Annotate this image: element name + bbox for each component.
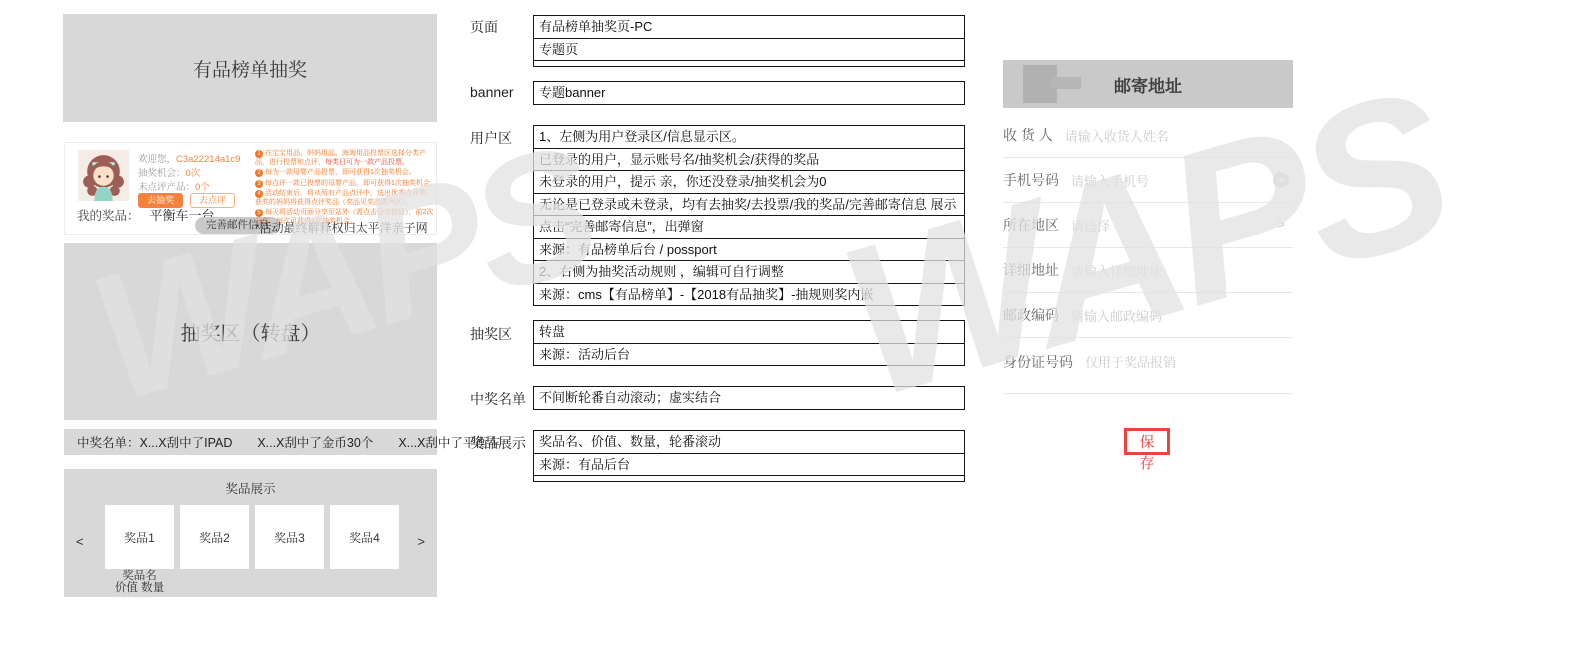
rule-text: 活动结束后，将从所有产品点评中，选出优秀点评奖，获奖的妈妈将获得点评奖品（奖品见…: [255, 190, 433, 206]
prize-card: 奖品2: [180, 505, 249, 569]
annotation-row: 未登录的用户，提示 亲，你还没登录/抽奖机会为0: [534, 171, 964, 194]
wireframe-title-banner: 有品榜单抽奖: [63, 14, 437, 122]
chevron-right-icon[interactable]: >: [1277, 216, 1285, 232]
unreviewed-value: 0个: [195, 182, 210, 193]
prize-showcase: 奖品展示 < > 奖品1 奖品2 奖品3 奖品4 奖品名 价值 数量: [64, 469, 437, 597]
annotation-row: 来源：有品榜单后台 / possport: [534, 239, 964, 262]
annotation-row: 2、右侧为抽奖活动规则 ，编辑可自行调整: [534, 261, 964, 284]
field-placeholder: 请输入收货人姓名: [1065, 126, 1169, 145]
disclaimer: *活动最终解释权归太平洋亲子网: [255, 219, 428, 236]
user-id: C3a22214a1c9: [176, 154, 240, 165]
annotation-row: 来源：有品后台: [534, 454, 964, 477]
field-label: 收 货 人: [1003, 125, 1053, 145]
field-label: 详细地址: [1003, 260, 1059, 280]
clear-icon[interactable]: ×: [1273, 172, 1289, 188]
rule-number-badge: 3: [255, 180, 263, 188]
my-prize-line: 我的奖品：平衡车一台: [77, 205, 215, 224]
annotation-row: 转盘: [534, 321, 964, 344]
annotation-row: 不间断轮番自动滚动；虚实结合: [534, 387, 964, 409]
activity-rule: 4活动结束后，将从所有产品点评中，选出优秀点评奖，获奖的妈妈将获得点评奖品（奖品…: [255, 189, 437, 207]
annotation-row-empty: [534, 476, 964, 481]
draw-chances-label: 抽奖机会：: [138, 168, 186, 179]
field-placeholder: 仅用于奖品报销: [1085, 352, 1176, 371]
field-detail-address[interactable]: 详细地址 请输入详细地址: [1003, 248, 1293, 293]
field-id-number[interactable]: 身份证号码 仅用于奖品报销: [1003, 338, 1293, 394]
annotation-box-page: 有品榜单抽奖页-PC 专题页: [533, 15, 965, 67]
field-postcode[interactable]: 邮政编码 请输入邮政编码: [1003, 293, 1293, 338]
field-label: 身份证号码: [1003, 352, 1073, 372]
avatar: [78, 150, 129, 201]
field-label: 所在地区: [1003, 215, 1059, 235]
prize-showcase-title: 奖品展示: [64, 479, 437, 497]
activity-rules: 1在宝宝用品、妈妈用品、海淘用品投票区选择分类产品，进行投票和点评，每类日可为一…: [255, 149, 437, 228]
field-placeholder: 请输入邮政编码: [1071, 306, 1162, 325]
mail-address-title: 邮寄地址: [1114, 72, 1182, 97]
rule-number-badge: 4: [255, 190, 263, 198]
annotation-box-winner-list: 不间断轮番自动滚动；虚实结合: [533, 386, 965, 410]
rule-number-badge: 1: [255, 150, 263, 158]
prize-card: 奖品4: [330, 505, 399, 569]
my-prize-label: 我的奖品：: [77, 209, 140, 223]
annotation-label-prize-showcase: 奖品展示: [470, 433, 526, 453]
rule-number-badge: 5: [255, 209, 263, 217]
field-placeholder: 请输入详细地址: [1071, 261, 1162, 280]
field-phone[interactable]: 手机号码 请输入手机号 ×: [1003, 158, 1293, 203]
mail-address-header: 邮寄地址: [1003, 60, 1293, 108]
annotation-row: 奖品名、价值、数量，轮番滚动: [534, 431, 964, 454]
welcome-line: 欢迎您，C3a22214a1c9: [138, 151, 240, 165]
annotation-label-user-area: 用户区: [470, 128, 512, 148]
annotation-box-prize-showcase: 奖品名、价值、数量，轮番滚动 来源：有品后台: [533, 430, 965, 482]
activity-rule: 1在宝宝用品、妈妈用品、海淘用品投票区选择分类产品，进行投票和点评，每类日可为一…: [255, 149, 437, 167]
save-button[interactable]: 保存: [1124, 428, 1170, 455]
annotation-box-user-area: 1、左侧为用户登录区/信息显示区。 已登录的用户，显示账号名/抽奖机会/获得的奖…: [533, 125, 965, 306]
field-placeholder: 请输入手机号: [1071, 171, 1149, 190]
rule-text: 每为一款母婴产品投票，即可获得1次抽奖机会。: [265, 169, 416, 176]
annotation-row: 点击“完善邮寄信息”，出弹窗: [534, 216, 964, 239]
annotation-row-empty: [534, 61, 964, 66]
annotation-label-lottery: 抽奖区: [470, 324, 512, 344]
annotation-row: 来源：活动后台: [534, 344, 964, 366]
rule-highlight: 每类日可为一款产品投票。: [325, 159, 409, 166]
draw-chances-value: 0次: [186, 168, 201, 179]
prize-name-caption: 奖品名: [105, 570, 174, 582]
prize-card-caption: 奖品名 价值 数量: [105, 570, 174, 594]
user-login-area: 欢迎您，C3a22214a1c9 抽奖机会：0次 未点评产品：0个 去抽奖 去点…: [64, 142, 437, 235]
prize-card: 奖品1: [105, 505, 174, 569]
annotation-label-winner-list: 中奖名单: [470, 389, 526, 409]
welcome-label: 欢迎您，: [138, 154, 176, 165]
annotation-row: 专题页: [534, 39, 964, 62]
draw-chances-line: 抽奖机会：0次: [138, 165, 200, 179]
unreviewed-line: 未点评产品：0个: [138, 179, 210, 193]
rule-number-badge: 2: [255, 169, 263, 177]
prize-cards: 奖品1 奖品2 奖品3 奖品4: [105, 505, 399, 569]
annotation-row: 1、左侧为用户登录区/信息显示区。: [534, 126, 964, 149]
prize-card: 奖品3: [255, 505, 324, 569]
unreviewed-label: 未点评产品：: [138, 182, 195, 193]
annotation-box-lottery: 转盘 来源：活动后台: [533, 320, 965, 366]
winner-list-strip: 中奖名单：X...X刮中了IPAD X...X刮中了金币30个 X...X刮中了…: [64, 429, 437, 455]
prize-value-qty-caption: 价值 数量: [105, 582, 174, 594]
annotation-row: 无论是已登录或未登录，均有去抽奖/去投票/我的奖品/完善邮寄信息 展示: [534, 194, 964, 217]
field-label: 手机号码: [1003, 170, 1059, 190]
mail-address-form: 收 货 人 请输入收货人姓名 手机号码 请输入手机号 × 所在地区 请选择 > …: [1003, 113, 1293, 394]
annotation-row: 来源：cms【有品榜单】-【2018有品抽奖】-抽规则奖内嵌: [534, 284, 964, 306]
activity-rule: 3每点评一款已投票的母婴产品，即可获得1次抽奖机会。: [255, 179, 437, 188]
header-image-placeholder: [1011, 65, 1083, 103]
lottery-wheel-area: 抽奖区（转盘）: [64, 243, 437, 420]
activity-rule: 2每为一款母婴产品投票，即可获得1次抽奖机会。: [255, 168, 437, 177]
annotation-box-banner: 专题banner: [533, 81, 965, 105]
annotation-label-banner: banner: [470, 84, 514, 100]
annotation-row: 专题banner: [534, 82, 964, 104]
carousel-next-arrow[interactable]: >: [417, 535, 425, 548]
annotation-row: 已登录的用户，显示账号名/抽奖机会/获得的奖品: [534, 149, 964, 172]
field-region[interactable]: 所在地区 请选择 >: [1003, 203, 1293, 248]
annotation-label-page: 页面: [470, 17, 498, 37]
field-placeholder: 请选择: [1071, 216, 1110, 235]
rule-text: 每点评一款已投票的母婴产品，即可获得1次抽奖机会。: [265, 180, 437, 187]
field-label: 邮政编码: [1003, 305, 1059, 325]
carousel-prev-arrow[interactable]: <: [76, 535, 84, 548]
field-consignee[interactable]: 收 货 人 请输入收货人姓名: [1003, 113, 1293, 158]
annotation-row: 有品榜单抽奖页-PC: [534, 16, 964, 39]
